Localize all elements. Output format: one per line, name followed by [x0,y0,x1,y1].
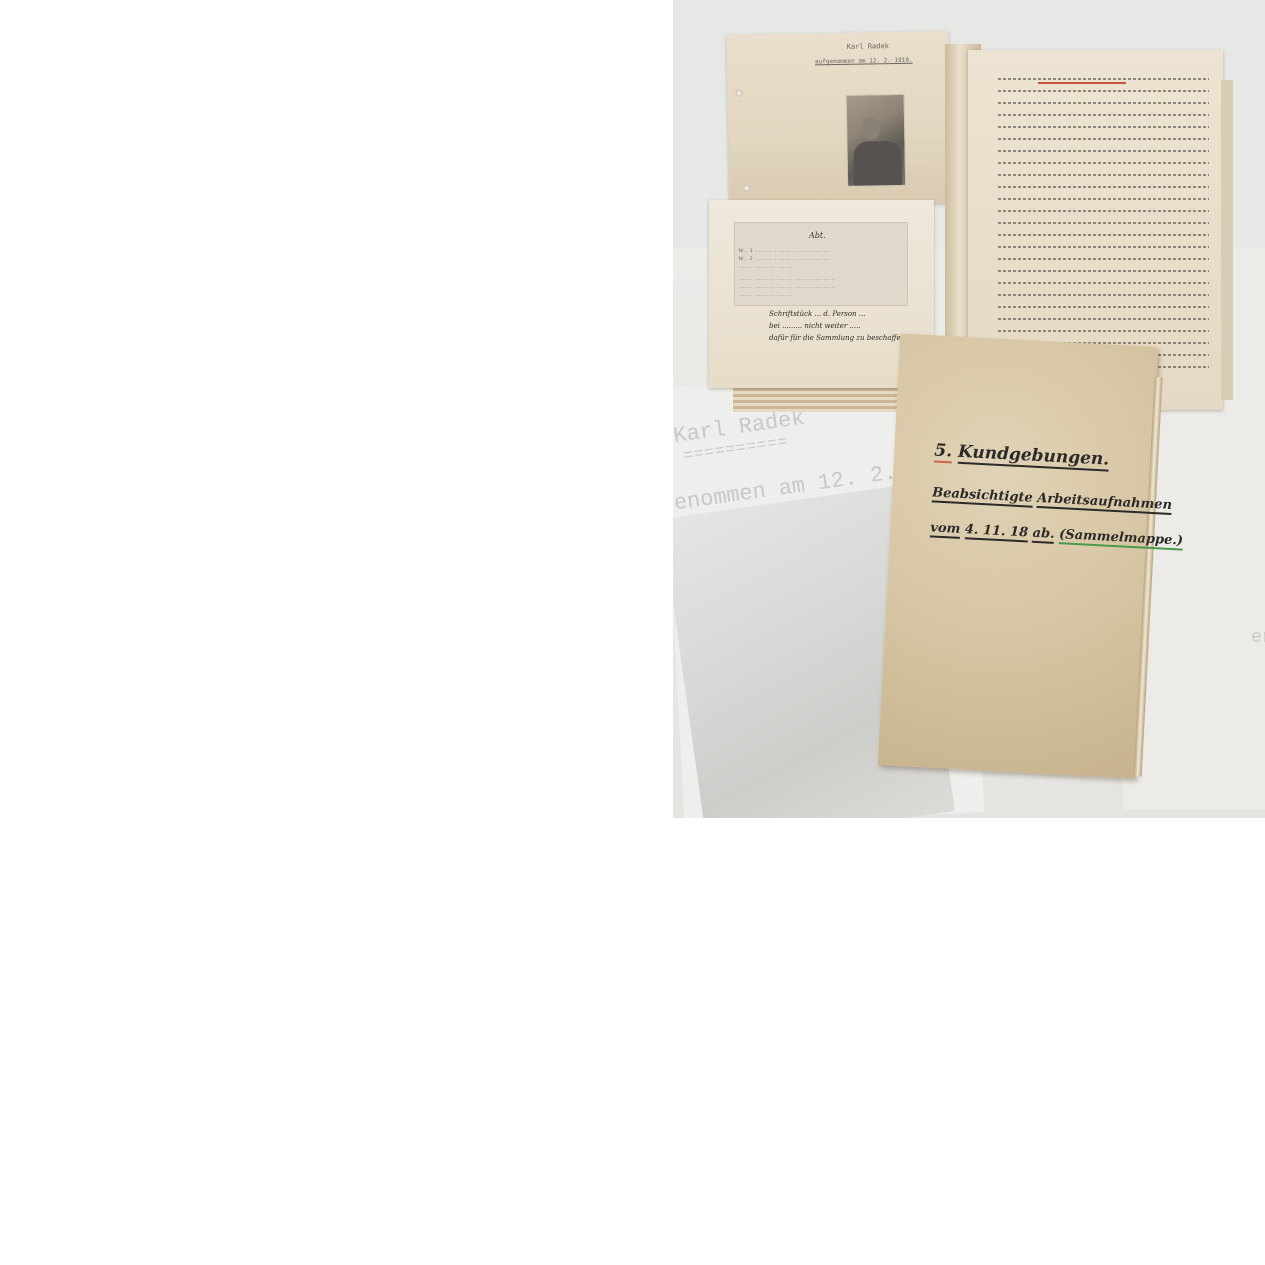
typed-text-line [998,174,1209,176]
note-logo: Abt. [809,231,826,240]
typed-text-line [998,210,1209,212]
typed-text-line [998,78,1209,80]
portrait-face [862,117,880,139]
document-title: Karl Radek [847,42,889,51]
handwritten-line: Schriftstück ... d. Person ... [769,310,865,318]
typed-text-line [998,306,1209,308]
typed-text-line [998,126,1209,128]
folder-date: 4. 11. 18 [964,522,1028,542]
folder-number: 5. [934,440,953,463]
page-edges [1221,80,1233,400]
portrait-photo [846,94,907,187]
folder-subtitle-line: Beabsichtigte Arbeitsaufnahmen [932,485,1173,513]
folder-title: Kundgebungen. [957,442,1109,472]
typed-line: ..... ....... ...... .............. [739,285,834,290]
typed-text-line [998,102,1209,104]
handwritten-line: bei ......... nicht weiter ..... [769,322,861,330]
portrait-body [853,141,902,186]
typed-line: ..... ....... ...... [739,265,793,270]
archive-folder-cover: 5. Kundgebungen. Beabsichtigte Arbeitsau… [878,334,1158,779]
punch-hole-icon [743,185,750,192]
typed-text-line [998,318,1209,320]
typed-text-line [998,198,1209,200]
typed-text-line [998,282,1209,284]
typed-line: Nr. 1 ...... ...... .............. [739,249,831,254]
punch-hole-icon [735,90,742,97]
typed-text-line [998,222,1209,224]
red-underline [1038,82,1126,84]
photo-collage-panel: Karl Radek ========== enommen am 12. 2. … [673,0,1265,818]
typed-text-line [998,270,1209,272]
folder-title-line: 5. Kundgebungen. [934,440,1110,469]
typed-text-line [998,162,1209,164]
typed-line: ..... ....... ...... [739,293,793,298]
typed-text-line [998,150,1209,152]
left-document-sheet: Karl Radek aufgenommen am 12. 2. 1919. [727,31,952,207]
typed-text-line [998,234,1209,236]
typed-text-line [998,138,1209,140]
folder-date-suffix: ab. [1032,526,1055,544]
typed-note-card: Abt. Nr. 1 ...... ...... .............. … [734,222,908,306]
typed-text-line [998,186,1209,188]
typed-line: Nr. 2 ...... ...... .............. [739,257,831,262]
folder-date-line: vom 4. 11. 18 ab. (Sammelmappe.) [930,520,1183,548]
typed-text-line [998,294,1209,296]
typed-line: ..... ....... ...... .............. [739,277,834,282]
typed-text-line [998,90,1209,92]
document-subtitle: aufgenommen am 12. 2. 1919. [815,57,913,66]
typed-text-line [998,246,1209,248]
ghost-side-fragment: er [1251,628,1265,648]
folder-date-prefix: vom [930,520,961,539]
folder-subtitle-word1: Beabsichtigte [932,485,1033,507]
typed-text-line [998,258,1209,260]
handwritten-line: dafür für die Sammlung zu beschaffen. [769,334,907,342]
typed-text-line [998,330,1209,332]
typed-text-line [998,114,1209,116]
